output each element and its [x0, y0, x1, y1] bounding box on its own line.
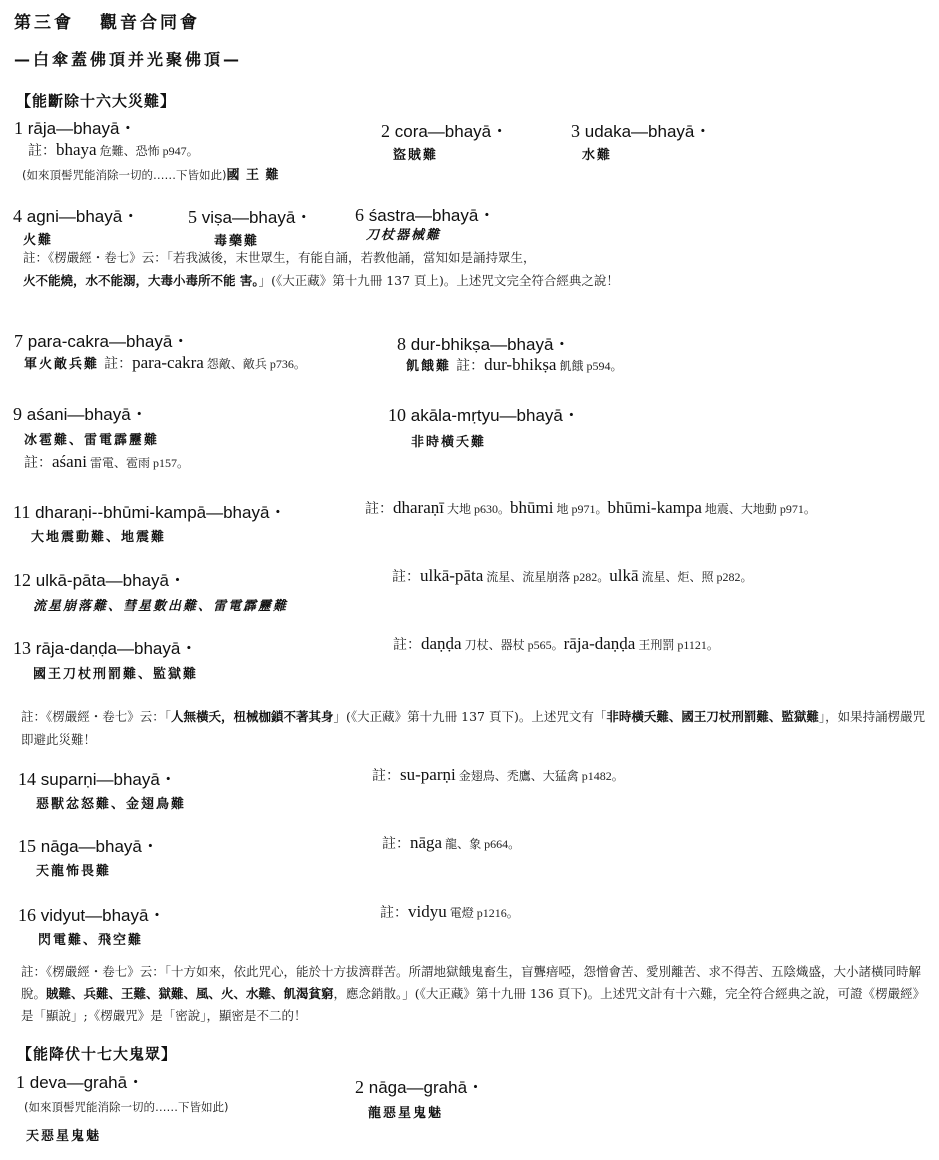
item-8-chinese: 飢餓難 [406, 359, 451, 374]
item-7-chinese: 軍火敵兵難 [24, 357, 99, 372]
subtitle: —白傘蓋佛頂并光聚佛頂— [14, 47, 242, 70]
item-1-chinese: 國 王 難 [226, 168, 279, 183]
item-15-sanskrit: 15 nāga—bhayā・ [18, 832, 159, 857]
item-12-chinese: 流星崩落難、彗星數出難、雷電霹靂難 [33, 595, 288, 614]
item-8-note: 註：dur-bhikṣa 飢餓 p594。 [456, 359, 622, 373]
assembly-heading: 第三會觀音合同會 [14, 8, 200, 33]
item-8-sanskrit: 8 dur-bhikṣa—bhayā・ [397, 330, 570, 355]
item-15-note: 註：nāga 龍、象 p664。 [382, 833, 520, 853]
commentary-3: 註：《楞嚴經・卷七》云：「十方如來，依此咒心，能於十方拔濟群苦。所謂地獄餓鬼畜生… [21, 961, 929, 1027]
item-7-line: 軍火敵兵難 註：para-cakra 怨敵、敵兵 p736。 [24, 353, 306, 373]
s2-item-2-sanskrit: 2 nāga—grahā・ [355, 1073, 484, 1098]
item-3-sanskrit: 3 udaka—bhayā・ [571, 117, 711, 142]
item-1-note: 註：bhaya 危難、恐怖 p947。 [28, 140, 199, 160]
commentary-1: 註：《楞嚴經・卷七》云：「若我滅後，末世眾生，有能自誦，若教他誦，當知如是誦持眾… [23, 246, 923, 292]
assembly-number: 第三會 [14, 13, 74, 33]
item-2-sanskrit: 2 cora—bhayā・ [381, 117, 508, 142]
item-9-chinese: 冰雹難、雷電霹靂難 [24, 429, 159, 448]
item-1-aside: (如來頂髻咒能消除一切的……下皆如此)國 王 難 [22, 164, 280, 183]
section2-title: 【能降伏十七大鬼眾】 [17, 1043, 177, 1064]
item-16-sanskrit: 16 vidyut—bhayā・ [18, 901, 165, 926]
item-14-chinese: 惡獸忿怒難、金翅鳥難 [36, 793, 186, 812]
item-3-chinese: 水難 [582, 144, 612, 163]
s2-item-2-chinese: 龍惡星鬼魅 [368, 1102, 443, 1121]
item-13-note: 註：daṇḍa 刀杖、器杖 p565。rāja-daṇḍa 王刑罰 p1121。 [393, 634, 719, 654]
item-16-chinese: 閃電難、飛空難 [38, 929, 143, 948]
item-11-sanskrit: 11 dharaṇi--bhūmi-kampā—bhayā・ [13, 498, 286, 523]
item-14-note: 註：su-parṇi 金翅鳥、禿鷹、大猛禽 p1482。 [372, 765, 624, 785]
item-13-chinese: 國王刀杖刑罰難、監獄難 [33, 663, 198, 682]
item-9-note: 註：aśani 雷電、雹雨 p157。 [24, 452, 189, 472]
item-4-sanskrit: 4 agni—bhayā・ [13, 202, 139, 227]
item-8-line: 飢餓難 註：dur-bhikṣa 飢餓 p594。 [406, 355, 623, 375]
item-13-sanskrit: 13 rāja-daṇḍa—bhayā・ [13, 634, 197, 659]
item-5-sanskrit: 5 viṣa—bhayā・ [188, 203, 312, 228]
assembly-title: 觀音合同會 [100, 13, 200, 33]
item-14-sanskrit: 14 suparṇi—bhayā・ [18, 765, 177, 790]
item-6-sanskrit: 6 śastra—bhayā・ [355, 201, 495, 226]
item-9-sanskrit: 9 aśani—bhayā・ [13, 400, 148, 425]
item-12-sanskrit: 12 ulkā-pāta—bhayā・ [13, 566, 186, 591]
item-6-chinese: 刀杖器械難 [366, 224, 441, 243]
s2-item-1-chinese: 天惡星鬼魅 [26, 1125, 101, 1144]
s2-item-1-sanskrit: 1 deva—grahā・ [16, 1068, 144, 1093]
item-7-note: 註：para-cakra 怨敵、敵兵 p736。 [104, 357, 306, 371]
item-16-note: 註：vidyu 電燈 p1216。 [380, 902, 519, 922]
s2-item-1-aside: (如來頂髻咒能消除一切的……下皆如此) [24, 1099, 228, 1115]
item-11-note: 註：dharaṇī 大地 p630。bhūmi 地 p971。bhūmi-kam… [365, 498, 816, 518]
item-1-sanskrit: 1 rāja—bhayā・ [14, 114, 136, 139]
item-11-chinese: 大地震動難、地震難 [31, 526, 166, 545]
item-7-sanskrit: 7 para-cakra—bhayā・ [14, 327, 189, 352]
item-12-note: 註：ulkā-pāta 流星、流星崩落 p282。ulkā 流星、炬、照 p28… [392, 566, 753, 586]
commentary-2: 註：《楞嚴經・卷七》云：「人無橫夭，杻械枷鎖不著其身」(《大正藏》第十九冊 13… [21, 705, 926, 751]
section1-title: 【能斷除十六大災難】 [16, 90, 176, 111]
item-2-chinese: 盜賊難 [393, 144, 438, 163]
item-15-chinese: 天龍怖畏難 [36, 860, 111, 879]
item-10-chinese: 非時橫夭難 [411, 431, 486, 450]
item-10-sanskrit: 10 akāla-mṛtyu—bhayā・ [388, 401, 580, 426]
